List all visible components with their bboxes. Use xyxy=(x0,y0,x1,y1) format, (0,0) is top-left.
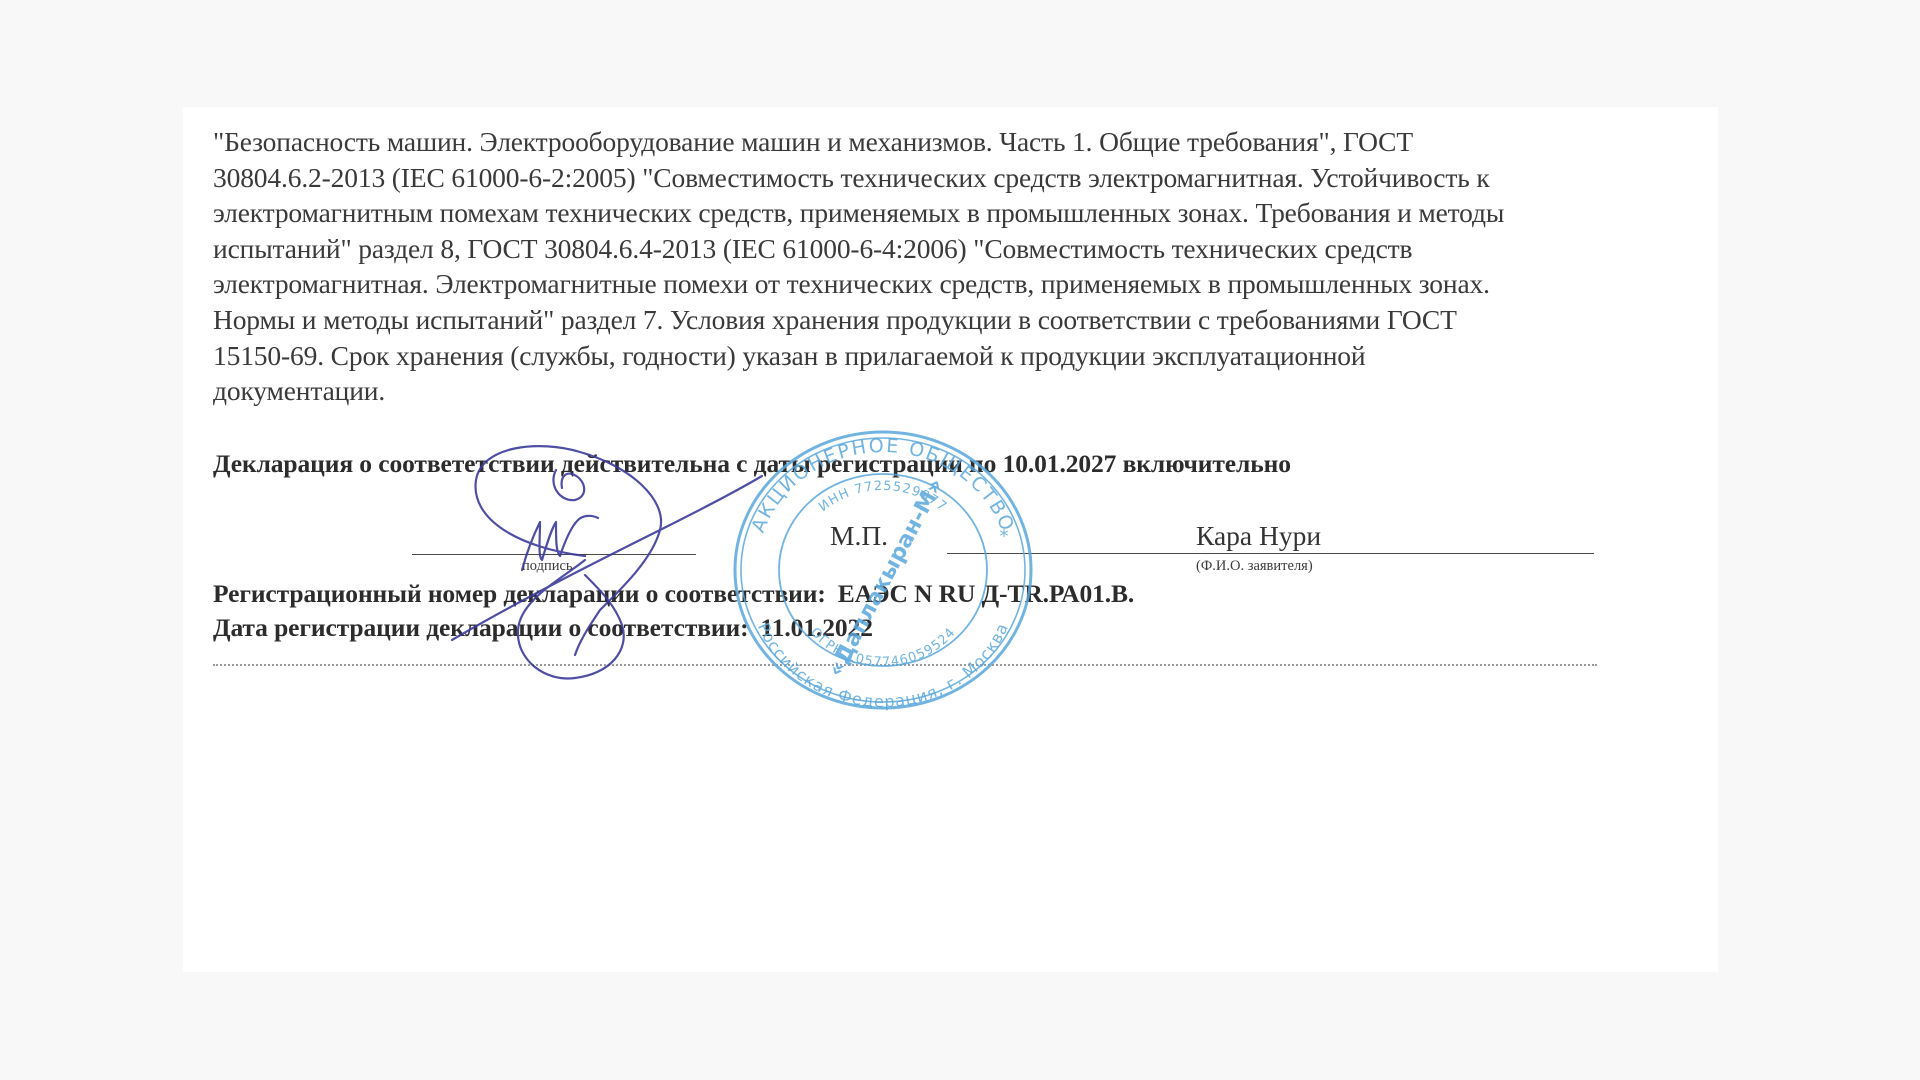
paragraph-line: электромагнитным помехам технических сре… xyxy=(213,195,1613,231)
signature-line xyxy=(412,554,696,555)
registration-number-row: Регистрационный номер декларации о соотв… xyxy=(213,579,1134,609)
registration-date-value: 11.01.2022 xyxy=(761,613,873,642)
registration-date-label: Дата регистрации декларации о соответств… xyxy=(213,613,749,642)
paragraph-line: 15150-69. Срок хранения (службы, годност… xyxy=(213,338,1613,374)
applicant-name: Кара Нури xyxy=(1196,520,1321,552)
paragraph-line: электромагнитная. Электромагнитные помех… xyxy=(213,266,1613,302)
registration-date-row: Дата регистрации декларации о соответств… xyxy=(213,613,873,643)
registration-number-label: Регистрационный номер декларации о соотв… xyxy=(213,579,826,608)
paragraph-line: "Безопасность машин. Электрооборудование… xyxy=(213,124,1613,160)
seal-label: М.П. xyxy=(830,520,888,552)
paragraph-line: испытаний" раздел 8, ГОСТ 30804.6.4-2013… xyxy=(213,231,1613,267)
standards-paragraph: "Безопасность машин. Электрооборудование… xyxy=(213,124,1613,409)
bottom-rule xyxy=(213,664,1597,666)
applicant-caption: (Ф.И.О. заявителя) xyxy=(1196,558,1313,575)
paragraph-line: документации. xyxy=(213,373,1613,409)
paragraph-line: 30804.6.2-2013 (IEC 61000-6-2:2005) "Сов… xyxy=(213,160,1613,196)
registration-number-value: ЕАЭС N RU Д-TR.РА01.В. xyxy=(838,579,1135,608)
applicant-name-line xyxy=(947,553,1594,554)
paragraph-line: Нормы и методы испытаний" раздел 7. Усло… xyxy=(213,302,1613,338)
validity-statement: Декларация о соответетствии действительн… xyxy=(213,449,1291,479)
document-viewport: "Безопасность машин. Электрооборудование… xyxy=(0,0,1920,1080)
signature-caption: подпись xyxy=(522,558,573,575)
